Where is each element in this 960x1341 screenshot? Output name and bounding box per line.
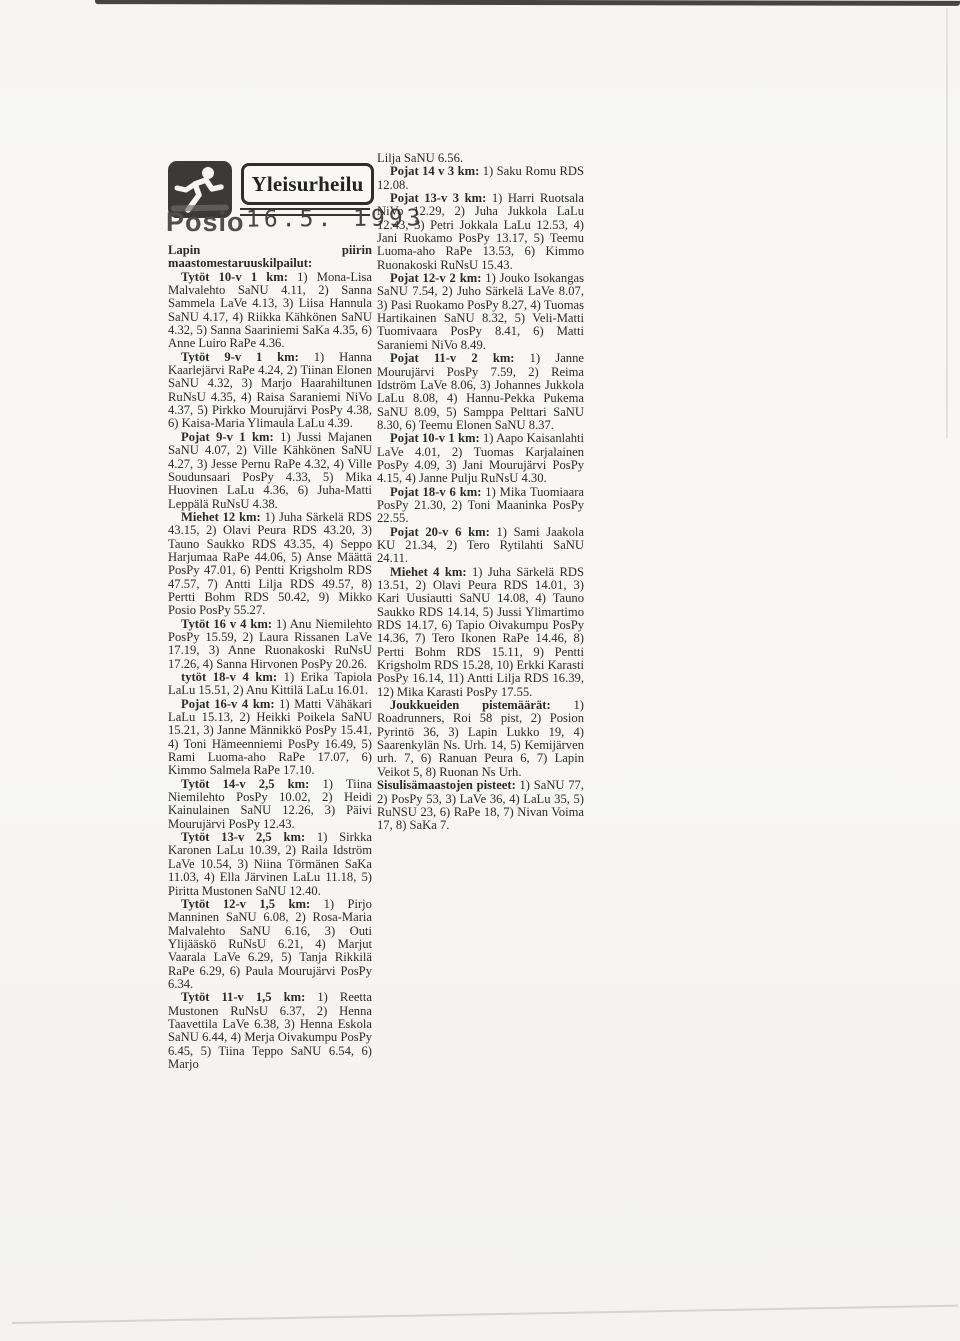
category-heading: Tytöt 9-v 1 km: <box>181 350 299 364</box>
scan-bottom-fold-line <box>12 1305 958 1324</box>
category-heading: Tytöt 16 v 4 km: <box>181 617 272 631</box>
results-column-right: Lilja SaNU 6.56. Pojat 14 v 3 km: 1) Sak… <box>377 152 584 833</box>
category-heading: Pojat 11-v 2 km: <box>390 351 515 365</box>
result-paragraph: Tytöt 9-v 1 km: 1) Hanna Kaarlejärvi RaP… <box>168 351 372 431</box>
category-heading: Miehet 4 km: <box>390 565 467 579</box>
result-paragraph: Tytöt 12-v 1,5 km: 1) Pirjo Manninen SaN… <box>168 898 372 991</box>
category-heading: Miehet 12 km: <box>181 510 261 524</box>
category-heading: Pojat 14 v 3 km: <box>390 164 479 178</box>
category-heading: Pojat 18-v 6 km: <box>390 485 481 499</box>
category-heading: Tytöt 12-v 1,5 km: <box>181 897 310 911</box>
place-name: Posio <box>166 207 245 238</box>
result-continuation: Lilja SaNU 6.56. <box>377 152 584 165</box>
results-column-left: Lapin piirin maastomestaruuskilpailut: T… <box>168 244 372 1071</box>
result-paragraph: Pojat 13-v 3 km: 1) Harri Ruotsala NiVo … <box>377 192 584 272</box>
result-paragraph: Pojat 11-v 2 km: 1) Janne Mourujärvi Pos… <box>377 352 584 432</box>
intro-heading: Lapin piirin maastomestaruuskilpailut: <box>168 244 372 271</box>
result-paragraph: Miehet 4 km: 1) Juha Särkelä RDS 13.51, … <box>377 566 584 699</box>
scan-right-edge-line <box>946 8 948 438</box>
result-paragraph: Miehet 12 km: 1) Juha Särkelä RDS 43.15,… <box>168 511 372 618</box>
section-title-box: Yleisurheilu <box>241 163 374 205</box>
category-heading: Pojat 12-v 2 km: <box>390 271 481 285</box>
category-heading: Pojat 13-v 3 km: <box>390 191 486 205</box>
result-text: 1) Pirjo Manninen SaNU 6.08, 2) Rosa-Mar… <box>168 897 372 991</box>
result-paragraph: Tytöt 14-v 2,5 km: 1) Tiina Niemilehto P… <box>168 778 372 831</box>
category-heading: Tytöt 11-v 1,5 km: <box>181 990 305 1004</box>
category-heading: Pojat 9-v 1 km: <box>181 430 274 444</box>
result-paragraph: Pojat 20-v 6 km: 1) Sami Jaakola KU 21.3… <box>377 526 584 566</box>
result-paragraph: Tytöt 10-v 1 km: 1) Mona-Lisa Malvalehto… <box>168 271 372 351</box>
result-paragraph: Pojat 10-v 1 km: 1) Aapo Kaisanlahti LaV… <box>377 432 584 485</box>
category-heading: tytöt 18-v 4 km: <box>181 670 277 684</box>
result-text: 1) Juha Särkelä RDS 43.15, 2) Olavi Peur… <box>168 510 372 617</box>
result-paragraph: Pojat 12-v 2 km: 1) Jouko Isokangas SaNU… <box>377 272 584 352</box>
category-heading: Pojat 16-v 4 km: <box>181 697 275 711</box>
result-text: Lilja SaNU 6.56. <box>377 151 463 165</box>
scan-top-edge-line <box>95 0 960 6</box>
result-paragraph: tytöt 18-v 4 km: 1) Erika Tapiola LaLu 1… <box>168 671 372 698</box>
result-paragraph: Pojat 16-v 4 km: 1) Matti Vähäkari LaLu … <box>168 698 372 778</box>
result-text: 1) Juha Särkelä RDS 13.51, 2) Olavi Peur… <box>377 565 584 699</box>
section-title: Yleisurheilu <box>251 172 363 197</box>
result-paragraph: Pojat 14 v 3 km: 1) Saku Romu RDS 12.08. <box>377 165 584 192</box>
category-heading: Sisulisämaastojen pisteet: <box>377 778 516 792</box>
result-paragraph: Tytöt 16 v 4 km: 1) Anu Niemilehto PosPy… <box>168 618 372 671</box>
result-paragraph: Sisulisämaastojen pisteet: 1) SaNU 77, 2… <box>377 779 584 832</box>
category-heading: Joukkueiden pistemäärät: <box>390 698 551 712</box>
category-heading: Tytöt 14-v 2,5 km: <box>181 777 309 791</box>
result-paragraph: Tytöt 11-v 1,5 km: 1) Reetta Mustonen Ru… <box>168 991 372 1071</box>
scanned-page: Yleisurheilu Posio 16.5. 1993 Lapin piir… <box>0 0 960 1341</box>
result-paragraph: Pojat 9-v 1 km: 1) Jussi Majanen SaNU 4.… <box>168 431 372 511</box>
result-paragraph: Tytöt 13-v 2,5 km: 1) Sirkka Karonen LaL… <box>168 831 372 898</box>
category-heading: Tytöt 13-v 2,5 km: <box>181 830 305 844</box>
category-heading: Pojat 20-v 6 km: <box>390 525 490 539</box>
result-paragraph: Pojat 18-v 6 km: 1) Mika Tuomiaara PosPy… <box>377 486 584 526</box>
result-paragraph: Joukkueiden pistemäärät: 1) Roadrunners,… <box>377 699 584 779</box>
category-heading: Tytöt 10-v 1 km: <box>181 270 288 284</box>
category-heading: Pojat 10-v 1 km: <box>390 431 480 445</box>
